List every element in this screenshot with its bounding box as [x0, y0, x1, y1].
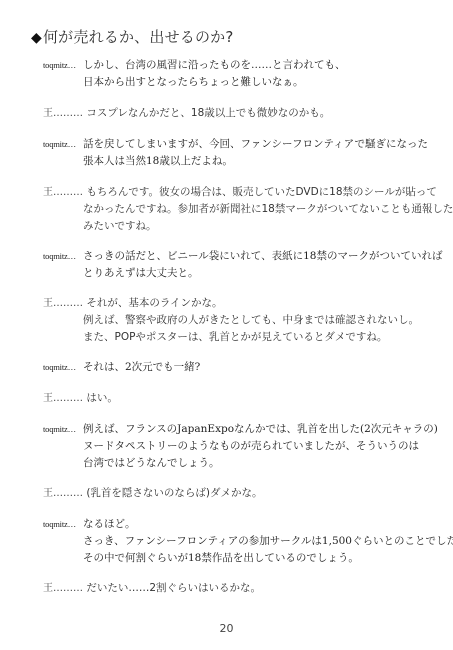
dialogue-text: 張本人は当然18歳以上だよね。	[83, 155, 233, 167]
dialogue-entry-toqmitz: toqmitz…例えば、フランスのJapanExpoなんかでは、乳首を出した(2…	[43, 421, 438, 472]
speaker-label: toqmitz…	[43, 136, 83, 153]
dialogue-text: しかし、台湾の風習に沿ったものを……と言われても、	[83, 59, 346, 71]
dialogue-text: また、POPやポスターは、乳首とかが見えているとダメですね。	[83, 331, 387, 343]
speaker-label: toqmitz…	[43, 57, 83, 74]
document-page: ◆何が売れるか、出せるのか? toqmitz…しかし、台湾の風習に沿ったものを……	[0, 0, 453, 650]
dialogue-text: 例えば、警察や政府の人がきたとしても、中身までは確認されないし。	[83, 314, 419, 326]
dialogue-text: それは、2次元でも一緒?	[83, 361, 200, 373]
dialogue-text: それが、基本のラインかな。	[83, 297, 223, 309]
dialogue-text: みたいですね。	[83, 220, 157, 232]
dialogue-text: その中で何割ぐらいが18禁作品を出しているのでしょう。	[83, 552, 359, 564]
speaker-label: toqmitz…	[43, 248, 83, 265]
section-heading: ◆何が売れるか、出せるのか?	[31, 26, 234, 47]
dialogue-entry-wang: 王……… コスプレなんかだと、18歳以上でも微妙なのかも。	[43, 105, 330, 122]
dialogue-text: だいたい……2割ぐらいはいるかな。	[83, 582, 261, 594]
speaker-label: 王………	[43, 295, 83, 312]
speaker-label: 王………	[43, 580, 83, 597]
speaker-label: 王………	[43, 105, 83, 122]
dialogue-text: もちろんです。彼女の場合は、販売していたDVDに18禁のシールが貼って	[83, 186, 437, 198]
dialogue-text: とりあえずは大丈夫と。	[83, 267, 199, 279]
dialogue-text: ヌードタペストリーのようなものが売られていましたが、そういうのは	[83, 440, 419, 452]
dialogue-entry-wang: 王……… もちろんです。彼女の場合は、販売していたDVDに18禁のシールが貼って…	[43, 184, 453, 235]
dialogue-text: なるほど。	[83, 518, 136, 530]
dialogue-text: はい。	[83, 392, 118, 404]
page-number: 20	[0, 622, 453, 635]
dialogue-text: 日本から出すとなったらちょっと難しいなぁ。	[83, 76, 304, 88]
heading-title: 何が売れるか、出せるのか?	[43, 28, 234, 46]
dialogue-text: さっき、ファンシーフロンティアの参加サークルは1,500ぐらいとのことでしたが、	[83, 535, 453, 547]
dialogue-entry-toqmitz: toqmitz…それは、2次元でも一緒?	[43, 359, 200, 376]
dialogue-entry-toqmitz: toqmitz…さっきの話だと、ビニール袋にいれて、表紙に18禁のマークがついて…	[43, 248, 442, 282]
dialogue-entry-toqmitz: toqmitz…なるほど。 さっき、ファンシーフロンティアの参加サークルは1,5…	[43, 516, 453, 567]
dialogue-entry-toqmitz: toqmitz…しかし、台湾の風習に沿ったものを……と言われても、 日本から出す…	[43, 57, 346, 91]
speaker-label: 王………	[43, 184, 83, 201]
dialogue-entry-wang: 王……… (乳首を隠さないのならば)ダメかな。	[43, 485, 263, 502]
speaker-label: 王………	[43, 485, 83, 502]
speaker-label: 王………	[43, 390, 83, 407]
dialogue-text: コスプレなんかだと、18歳以上でも微妙なのかも。	[83, 107, 330, 119]
dialogue-entry-wang: 王……… はい。	[43, 390, 118, 407]
dialogue-text: 話を戻してしまいますが、今回、ファンシーフロンティアで騒ぎになった	[83, 138, 428, 150]
dialogue-entry-wang: 王……… だいたい……2割ぐらいはいるかな。	[43, 580, 261, 597]
dialogue-text: さっきの話だと、ビニール袋にいれて、表紙に18禁のマークがついていれば	[83, 250, 442, 262]
speaker-label: toqmitz…	[43, 516, 83, 533]
diamond-bullet-icon: ◆	[31, 30, 42, 46]
dialogue-entry-toqmitz: toqmitz…話を戻してしまいますが、今回、ファンシーフロンティアで騒ぎになっ…	[43, 136, 428, 170]
dialogue-text: 例えば、フランスのJapanExpoなんかでは、乳首を出した(2次元キャラの)	[83, 423, 438, 435]
dialogue-text: (乳首を隠さないのならば)ダメかな。	[83, 487, 263, 499]
dialogue-text: なかったんですね。参加者が新聞社に18禁マークがついてないことも通報した	[83, 203, 453, 215]
dialogue-entry-wang: 王……… それが、基本のラインかな。 例えば、警察や政府の人がきたとしても、中身…	[43, 295, 419, 346]
speaker-label: toqmitz…	[43, 359, 83, 376]
speaker-label: toqmitz…	[43, 421, 83, 438]
dialogue-text: 台湾ではどうなんでしょう。	[83, 457, 220, 469]
